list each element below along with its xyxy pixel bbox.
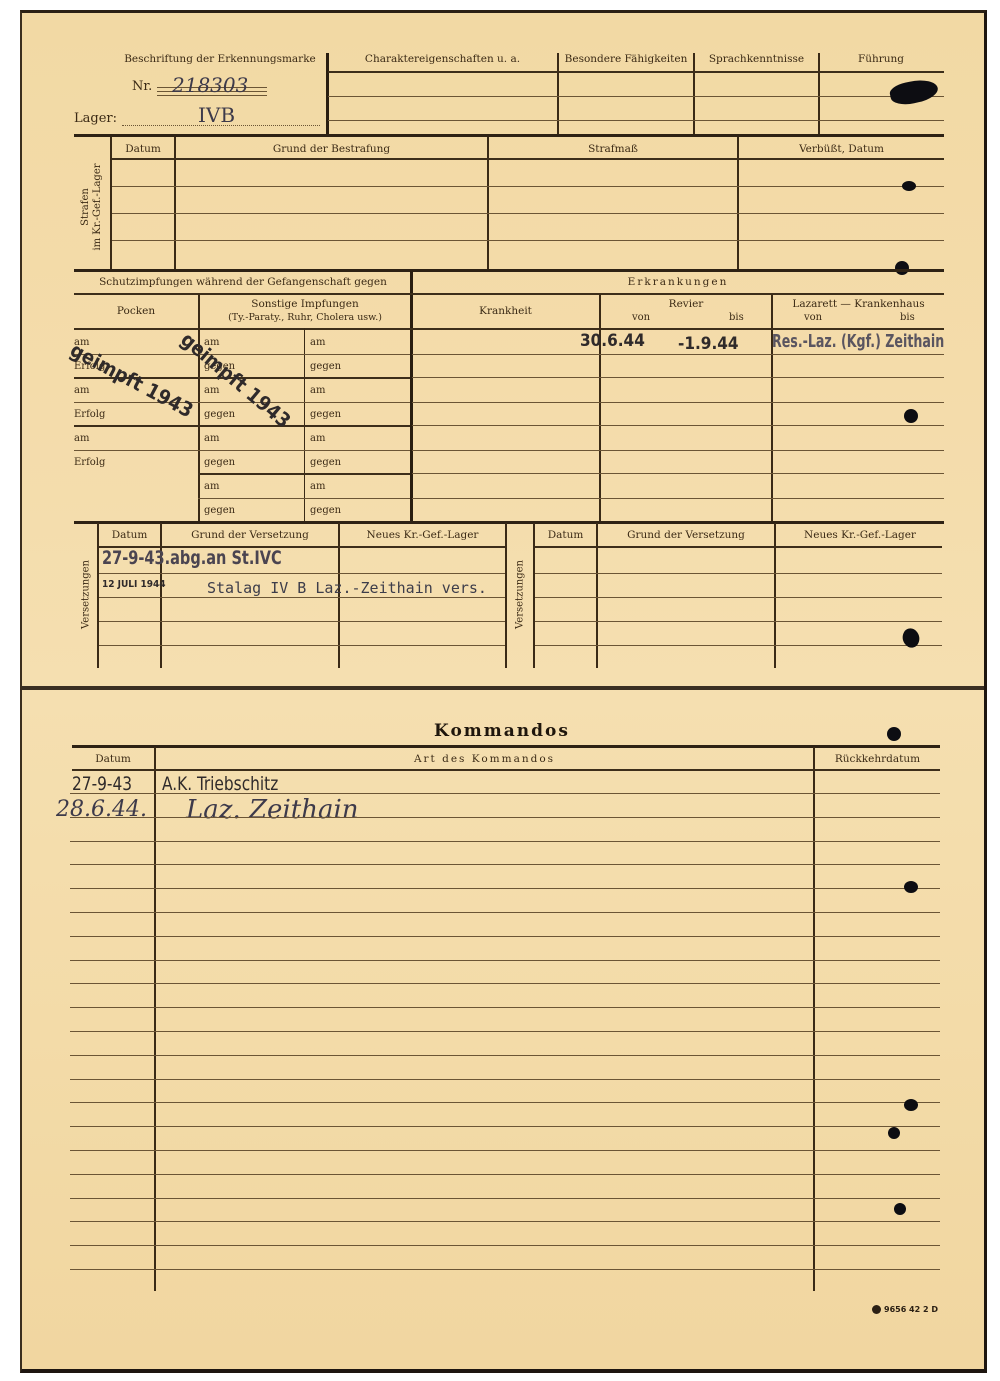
pocken-row: Erfolg <box>74 457 105 468</box>
ruled-line <box>70 841 940 842</box>
nr-value: 218303 <box>172 73 248 97</box>
ruled-line <box>70 1150 940 1151</box>
sonstige-row: am <box>310 433 325 444</box>
lazarett-header: Lazarett — Krankenhaus <box>773 298 944 310</box>
punch-hole <box>904 409 918 423</box>
versetzung-col-grund: Grund der Versetzung <box>162 529 338 541</box>
pocken-row: am <box>74 385 89 396</box>
sonstige-row: am <box>310 481 325 492</box>
sonstige-row: am <box>310 385 325 396</box>
ruled-line <box>70 864 940 865</box>
fold-line <box>22 686 984 690</box>
punch-hole <box>888 76 940 107</box>
lager-label: Lager: <box>74 111 117 126</box>
versetzungen-side-label-right: Versetzungen <box>515 555 526 635</box>
ruled-line <box>70 1245 940 1246</box>
header-charakter: Charaktereigenschaften u. a. <box>328 53 557 65</box>
kommandos-col-datum: Datum <box>72 753 154 765</box>
versetzung-entry-1: 27-9-43.abg.an St.IVC <box>102 547 282 569</box>
lazarett-stamp: Res.-Laz. (Kgf.) Zeithain <box>772 331 944 352</box>
kommando-date-2: 28.6.44. <box>56 797 147 822</box>
punch-hole <box>895 261 909 275</box>
revier-von: von <box>632 312 650 323</box>
ruled-line <box>70 888 940 889</box>
punch-hole <box>899 626 924 651</box>
ruled-line <box>70 1269 940 1270</box>
ruled-line <box>70 1031 940 1032</box>
ruled-line <box>70 1126 940 1127</box>
versetzungen-side-label-left: Versetzungen <box>81 555 92 635</box>
sonstige-row: am <box>310 337 325 348</box>
header-faehigkeiten: Besondere Fähigkeiten <box>559 53 693 65</box>
print-code: 9656 42 2 D <box>872 1305 938 1314</box>
ruled-line <box>70 1174 940 1175</box>
sonstige-row: gegen <box>310 505 341 516</box>
pocken-header: Pocken <box>74 305 198 317</box>
strafen-col-datum: Datum <box>112 143 174 155</box>
ruled-line <box>70 960 940 961</box>
pocken-row: am <box>74 433 89 444</box>
ruled-line <box>70 1221 940 1222</box>
sonstige-row: am <box>204 385 219 396</box>
pow-record-card: Beschriftung der Erkennungsmarke Nr. 218… <box>20 10 987 1373</box>
sonstige-row: gegen <box>204 457 235 468</box>
punch-hole <box>904 881 918 893</box>
krankheit-header: Krankheit <box>412 305 599 317</box>
ruled-line <box>70 1079 940 1080</box>
strafen-side-label: Strafen im Kr.-Gef.-Lager <box>80 157 104 257</box>
ruled-line <box>70 1198 940 1199</box>
marker-label: Beschriftung der Erkennungsmarke <box>110 53 330 65</box>
punch-hole <box>887 727 901 741</box>
punch-hole <box>894 1203 906 1215</box>
versetzung-entry-2-text: Stalag IV B Laz.-Zeithain vers. <box>207 579 487 597</box>
kommandos-col-rueckkehr: Rückkehrdatum <box>815 753 940 765</box>
strafen-col-verbuesst: Verbüßt, Datum <box>739 143 944 155</box>
erkrankungen-title: Erkrankungen <box>412 276 944 288</box>
ruled-line <box>70 793 940 794</box>
kommando-text-1: A.K. Triebschitz <box>162 773 278 795</box>
versetzung-col-lager-right: Neues Kr.-Gef.-Lager <box>776 529 944 541</box>
revier-bis: bis <box>729 312 744 323</box>
header-fuehrung: Führung <box>820 53 942 65</box>
lazarett-bis: bis <box>900 312 915 323</box>
versetzung-col-grund-right: Grund der Versetzung <box>598 529 774 541</box>
kommando-date-1: 27-9-43 <box>72 773 132 795</box>
punch-hole <box>904 1099 918 1111</box>
lazarett-von: von <box>804 312 822 323</box>
versetzung-col-datum-right: Datum <box>535 529 596 541</box>
revier-bis-stamp: -1.9.44 <box>678 334 739 354</box>
sonstige-row: am <box>204 433 219 444</box>
versetzung-entry-2-date: 12 JULI 1944 <box>102 579 166 590</box>
nr-label: Nr. <box>132 79 152 94</box>
sonstige-row: gegen <box>310 361 341 372</box>
ruled-line <box>70 936 940 937</box>
ruled-line <box>70 1055 940 1056</box>
strafen-col-strafmass: Strafmaß <box>489 143 737 155</box>
ruled-line <box>70 1102 940 1103</box>
stamp-geimpft-2: geimpft 1943 <box>176 327 295 433</box>
kommandos-col-art: Art des Kommandos <box>156 753 813 765</box>
sonstige-row: gegen <box>204 505 235 516</box>
ruled-line <box>70 1007 940 1008</box>
sonstige-header: Sonstige Impfungen (Ty.-Paraty., Ruhr, C… <box>200 298 410 324</box>
lager-value: IVB <box>198 103 235 127</box>
sonstige-row: gegen <box>310 457 341 468</box>
versetzung-col-lager: Neues Kr.-Gef.-Lager <box>340 529 505 541</box>
revier-von-stamp: 30.6.44 <box>580 331 645 351</box>
punch-hole <box>902 181 916 191</box>
pocken-row: Erfolg <box>74 409 105 420</box>
sonstige-row: am <box>204 481 219 492</box>
ruled-line <box>70 912 940 913</box>
strafen-col-grund: Grund der Bestrafung <box>176 143 487 155</box>
header-sprachkenntnisse: Sprachkenntnisse <box>695 53 818 65</box>
ruled-line <box>70 983 940 984</box>
printer-mark-icon <box>872 1305 881 1314</box>
sonstige-row: gegen <box>204 409 235 420</box>
punch-hole <box>888 1127 900 1139</box>
versetzung-col-datum: Datum <box>99 529 160 541</box>
kommandos-title: Kommandos <box>402 721 602 741</box>
kommando-text-2: Laz. Zeithain <box>186 795 359 825</box>
ruled-line <box>70 817 940 818</box>
sonstige-row: gegen <box>310 409 341 420</box>
revier-header: Revier <box>601 298 771 310</box>
impfungen-title: Schutzimpfungen während der Gefangenscha… <box>74 276 412 288</box>
